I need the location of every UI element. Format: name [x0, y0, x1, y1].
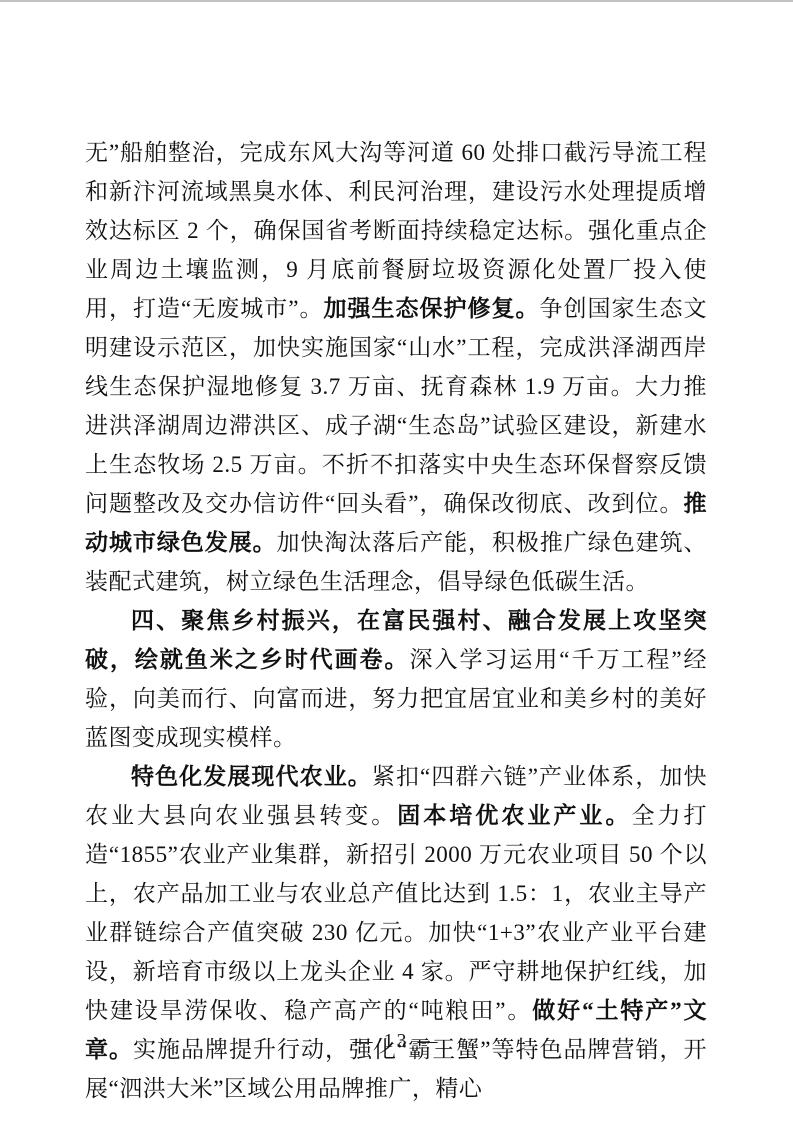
paragraph: 特色化发展现代农业。紧扣“四群六链”产业体系，加快农业大县向农业强县转变。固本培… [85, 757, 707, 1108]
document-body: 无”船舶整治，完成东风大沟等河道 60 处排口截污导流工程和新汴河流域黑臭水体、… [85, 133, 707, 1108]
text-run: 无”船舶整治，完成东风大沟等河道 60 处排口截污导流工程和新汴河流域黑臭水体、… [85, 140, 707, 321]
page-number: — 13 — [353, 1030, 441, 1052]
bold-run: 固本培优农业产业。 [397, 803, 631, 828]
bold-run: 特色化发展现代农业。 [131, 764, 372, 789]
document-page: 无”船舶整治，完成东风大沟等河道 60 处排口截污导流工程和新汴河流域黑臭水体、… [0, 0, 793, 1122]
paragraph: 无”船舶整治，完成东风大沟等河道 60 处排口截污导流工程和新汴河流域黑臭水体、… [85, 133, 707, 601]
text-run: 全力打造“1855”农业产业集群，新招引 2000 万元农业项目 50 个以上，… [85, 803, 707, 1023]
scan-edge-artifact [0, 0, 793, 2]
text-run: 争创国家生态文明建设示范区，加快实施国家“山水”工程，完成洪泽湖西岸线生态保护湿… [85, 296, 707, 516]
paragraph: 四、聚焦乡村振兴，在富民强村、融合发展上攻坚突破，绘就鱼米之乡时代画卷。深入学习… [85, 601, 707, 757]
page-footer: — 13 — [0, 1030, 793, 1053]
bold-run: 加强生态保护修复。 [323, 296, 539, 321]
